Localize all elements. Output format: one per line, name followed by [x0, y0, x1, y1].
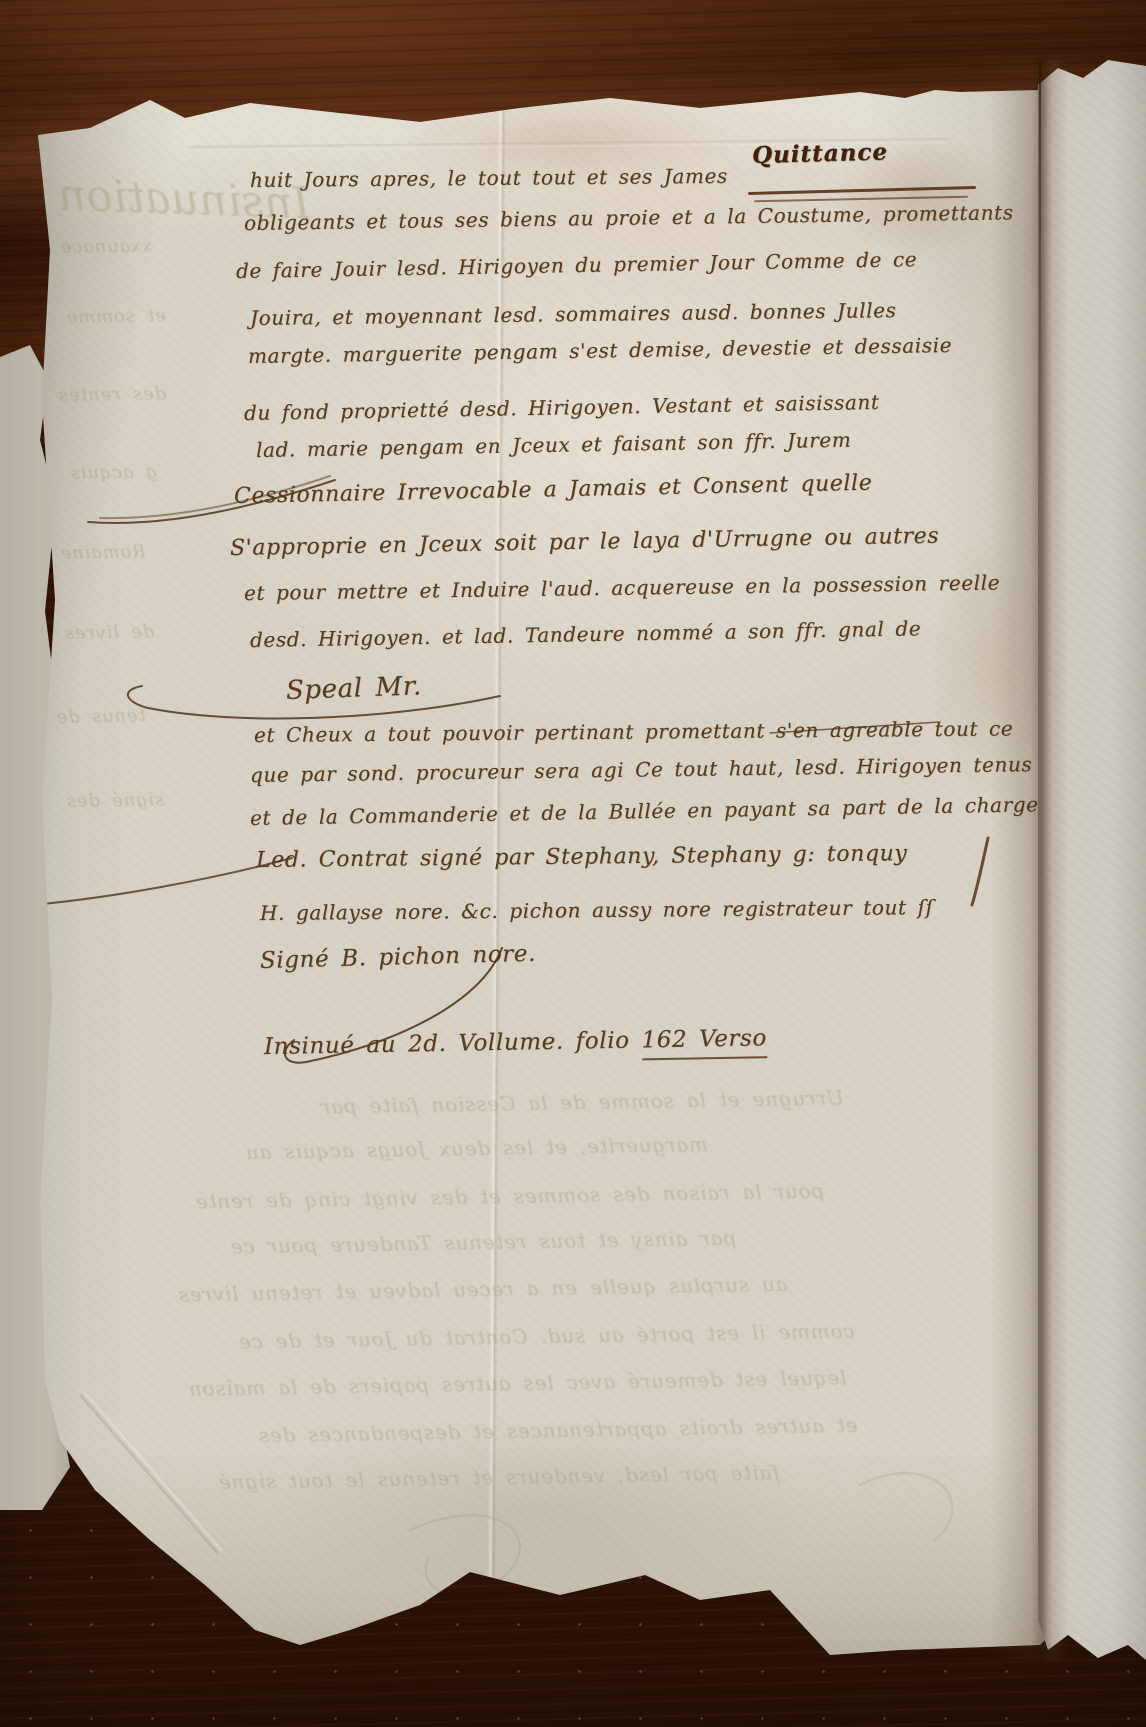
- pen-flourishes: [30, 90, 1045, 1665]
- fold-gutter-shadow: [990, 60, 1068, 1660]
- fold-crease-line: [1039, 62, 1041, 482]
- photo-scene: Insinuation xxaunace et somme des rentes…: [0, 0, 1146, 1727]
- manuscript-page: Insinuation xxaunace et somme des rentes…: [30, 90, 1045, 1665]
